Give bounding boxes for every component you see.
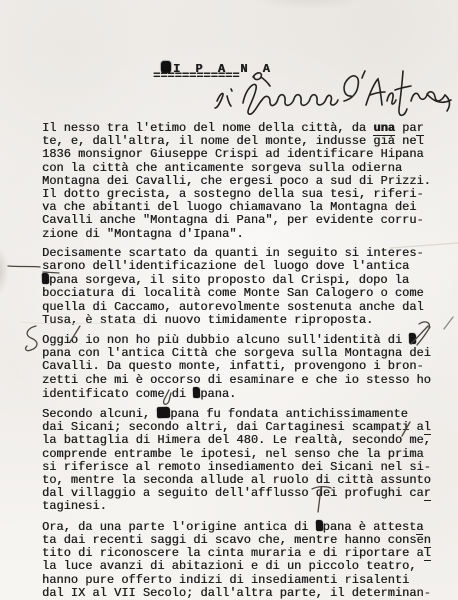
- text-line: dal IX al VII Secolo; dall'altra parte, …: [42, 587, 438, 600]
- text-line: hanno pure offerto indizi di insediament…: [42, 574, 438, 587]
- text-line: Cavalli anche "Montagna di Pana", per ev…: [42, 214, 438, 227]
- document-title: I P A N A ============: [161, 61, 274, 82]
- text-line: la luce avanzi di abitazioni e di un pic…: [42, 560, 438, 573]
- paragraph-1: Il nesso tra l'etimo del nome della citt…: [42, 122, 438, 241]
- text-line: comprende entrambe le ipotesi, nel senso…: [42, 448, 438, 461]
- paragraph-2: Decisamente scartato da quanti in seguit…: [42, 247, 438, 327]
- text-line: Cavalli. Da questo monte, infatti, prove…: [42, 360, 438, 373]
- strike-slash-icon: [444, 317, 453, 329]
- text-line: zione di "Montagna d'Ipana".: [42, 228, 438, 241]
- ink-blot-icon: [157, 407, 170, 418]
- text-line: Oggio io non ho più dubbio alcuno sull'i…: [42, 333, 438, 347]
- ink-blot-icon: [409, 333, 416, 344]
- document-page: I P A N A ============ Il nesso tra l'et…: [0, 0, 458, 600]
- text-line: quella di Caccamo, autorevolmente sosten…: [42, 301, 438, 314]
- text-line: bocciatura di località come Monte San Ca…: [42, 287, 438, 300]
- text-line: Ora, da una parte l'origine antica di pa…: [42, 520, 438, 534]
- ink-blot-icon: [315, 520, 322, 531]
- text-line: la battaglia di Himera del 480. Le realt…: [42, 434, 438, 447]
- document-body: Il nesso tra l'etimo del nome della citt…: [42, 122, 438, 600]
- ink-blot-icon: [42, 273, 49, 284]
- paragraph-5: Ora, da una parte l'origine antica di pa…: [42, 520, 438, 600]
- text-line: zetti che mi è occorso di esaminare e ch…: [42, 374, 438, 387]
- text-line: con la città che anticamente sorgeva sul…: [42, 162, 438, 175]
- text-line: pana sorgeva, il sito proposto dal Crisp…: [42, 273, 438, 287]
- paper-smudge: [250, 0, 370, 10]
- text-line: Secondo alcuni, pana fu fondata antichis…: [42, 407, 438, 421]
- text-line: identificato come di pana.: [42, 387, 438, 401]
- paper-smudge: [0, 247, 9, 295]
- paragraph-4: Secondo alcuni, pana fu fondata antichis…: [42, 407, 438, 514]
- paragraph-3: Oggio io non ho più dubbio alcuno sull'i…: [42, 333, 438, 401]
- deleatur-curl-icon: [26, 326, 37, 351]
- text-line: taginesi.: [42, 500, 438, 513]
- text-line: sarono dell'identificazione del luogo do…: [42, 260, 438, 273]
- text-line: Tusa, è stata di nuovo timidamente ripro…: [42, 314, 438, 327]
- ink-blot-icon: [193, 387, 200, 398]
- text-line: 1836 monsignor Giuseppe Crispi ad identi…: [42, 148, 438, 161]
